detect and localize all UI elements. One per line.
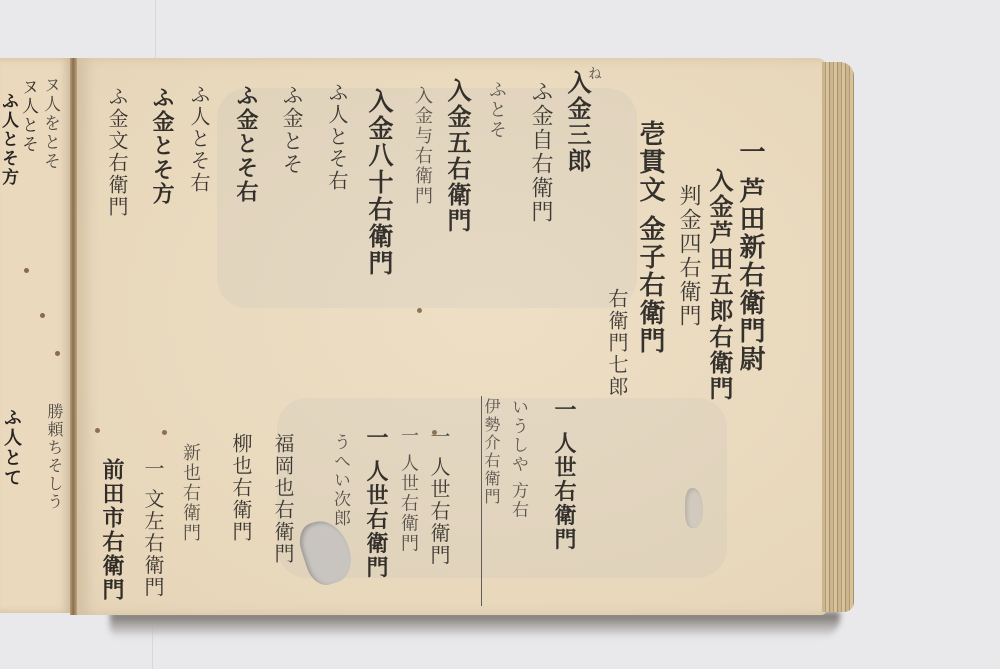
handwritten-column: うへい次郎 (331, 433, 348, 528)
handwritten-column: ふ金とそ右 (235, 84, 257, 204)
handwritten-column: いうしや 方右 (509, 398, 526, 519)
wormhole (55, 351, 60, 356)
handwritten-column: ふ人とて (2, 408, 20, 488)
handwritten-column: ヌ人とそ (19, 78, 36, 154)
handwritten-column: 入金芦田五郎右衛門 (707, 168, 731, 402)
right-page: 一 芦田新右衛門尉 入金芦田五郎右衛門 判金四右衛門 壱貫文 金子右衛門 右衛門… (77, 58, 827, 615)
book-shadow (110, 612, 840, 638)
handwritten-column: ふ人とそ右 (189, 84, 209, 194)
wormhole (417, 308, 422, 313)
handwritten-column: 一 人世右衛門 (429, 426, 449, 566)
handwritten-column: 一 人世右衛門 (399, 426, 417, 554)
handwritten-column: 一 文左右衛門 (143, 458, 163, 598)
handwritten-column: 新也右衛門 (181, 443, 199, 543)
handwritten-column: 一 芦田新右衛門尉 (737, 138, 763, 373)
handwritten-column: 入金三郎 (565, 70, 589, 174)
handwritten-column: ね (587, 66, 601, 82)
handwritten-column: ふ人とそ方 (0, 92, 16, 187)
wormhole (40, 313, 45, 318)
handwritten-column: ふ人とそ右 (327, 82, 347, 192)
handwritten-column: ふとそ (487, 80, 505, 140)
handwritten-column: 入金八十右衛門 (367, 88, 392, 277)
handwritten-column: 入金与右衛門 (413, 86, 431, 206)
show-through-ink (277, 398, 727, 578)
handwritten-column: 前田市右衛門 (101, 458, 123, 602)
handwritten-column: 右衛門七郎 (607, 288, 627, 398)
wormhole (162, 430, 167, 435)
handwritten-column: ふ金文右衛門 (107, 86, 127, 218)
handwritten-column: 判金四右衛門 (677, 184, 699, 328)
wormhole (95, 428, 100, 433)
paper-damage-tear (685, 488, 703, 528)
handwritten-column: ふ金とそ (281, 84, 302, 176)
handwritten-column: ふ金自右衛門 (529, 80, 551, 224)
handwritten-column: 柳也右衛門 (231, 433, 251, 543)
book-fore-edge (822, 62, 854, 612)
handwritten-column: ふ金とそ方 (151, 86, 173, 206)
background-edge-line (155, 0, 156, 58)
wormhole (24, 268, 29, 273)
handwritten-column: 勝頼ちそしう (46, 403, 62, 511)
handwritten-column: 伊勢介右衛門 (483, 398, 499, 506)
handwritten-column: 入金五右衛門 (445, 78, 469, 234)
open-book: ヌ人をとそ ヌ人とそ ふ人とそ方 勝頼ちそしう ふ人とて 一 芦田新右衛門尉 入… (0, 58, 860, 615)
handwritten-column: 一 人世右衛門 (553, 398, 575, 552)
handwritten-column: 壱貫文 金子右衛門 (637, 120, 663, 355)
show-through-ink (217, 88, 637, 308)
wormhole (432, 430, 437, 435)
handwritten-column: 一 人世右衛門 (365, 426, 387, 580)
handwritten-column: ヌ人をとそ (41, 76, 58, 171)
left-page: ヌ人をとそ ヌ人とそ ふ人とそ方 勝頼ちそしう ふ人とて (0, 58, 73, 613)
ruled-divider (481, 396, 482, 606)
paper-damage-hole (294, 514, 358, 589)
handwritten-column: 福岡也右衛門 (273, 433, 293, 565)
